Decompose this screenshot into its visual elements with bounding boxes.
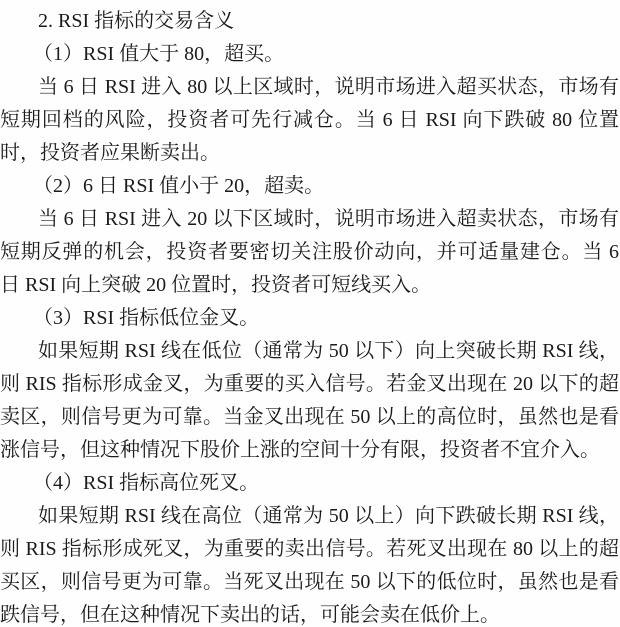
item-2-paragraph: 当 6 日 RSI 进入 20 以下区域时，说明市场进入超卖状态，市场有短期反弹… <box>0 203 619 302</box>
rsi-item-1: （1）RSI 值大于 80，超买。 当 6 日 RSI 进入 80 以上区域时，… <box>0 38 619 170</box>
item-2-subtitle: （2）6 日 RSI 值小于 20，超卖。 <box>0 170 619 203</box>
rsi-item-2: （2）6 日 RSI 值小于 20，超卖。 当 6 日 RSI 进入 20 以下… <box>0 170 619 302</box>
item-3-subtitle: （3）RSI 指标低位金叉。 <box>0 302 619 335</box>
item-1-paragraph: 当 6 日 RSI 进入 80 以上区域时，说明市场进入超买状态，市场有短期回档… <box>0 71 619 170</box>
document-page: 2. RSI 指标的交易含义 （1）RSI 值大于 80，超买。 当 6 日 R… <box>0 0 620 627</box>
item-1-subtitle: （1）RSI 值大于 80，超买。 <box>0 38 619 71</box>
item-4-subtitle: （4）RSI 指标高位死叉。 <box>0 467 619 500</box>
rsi-item-4: （4）RSI 指标高位死叉。 如果短期 RSI 线在高位（通常为 50 以上）向… <box>0 467 619 627</box>
item-4-paragraph: 如果短期 RSI 线在高位（通常为 50 以上）向下跌破长期 RSI 线，则 R… <box>0 500 619 627</box>
rsi-item-3: （3）RSI 指标低位金叉。 如果短期 RSI 线在低位（通常为 50 以下）向… <box>0 302 619 467</box>
item-3-paragraph: 如果短期 RSI 线在低位（通常为 50 以下）向上突破长期 RSI 线，则 R… <box>0 335 619 467</box>
section-heading: 2. RSI 指标的交易含义 <box>0 5 619 38</box>
